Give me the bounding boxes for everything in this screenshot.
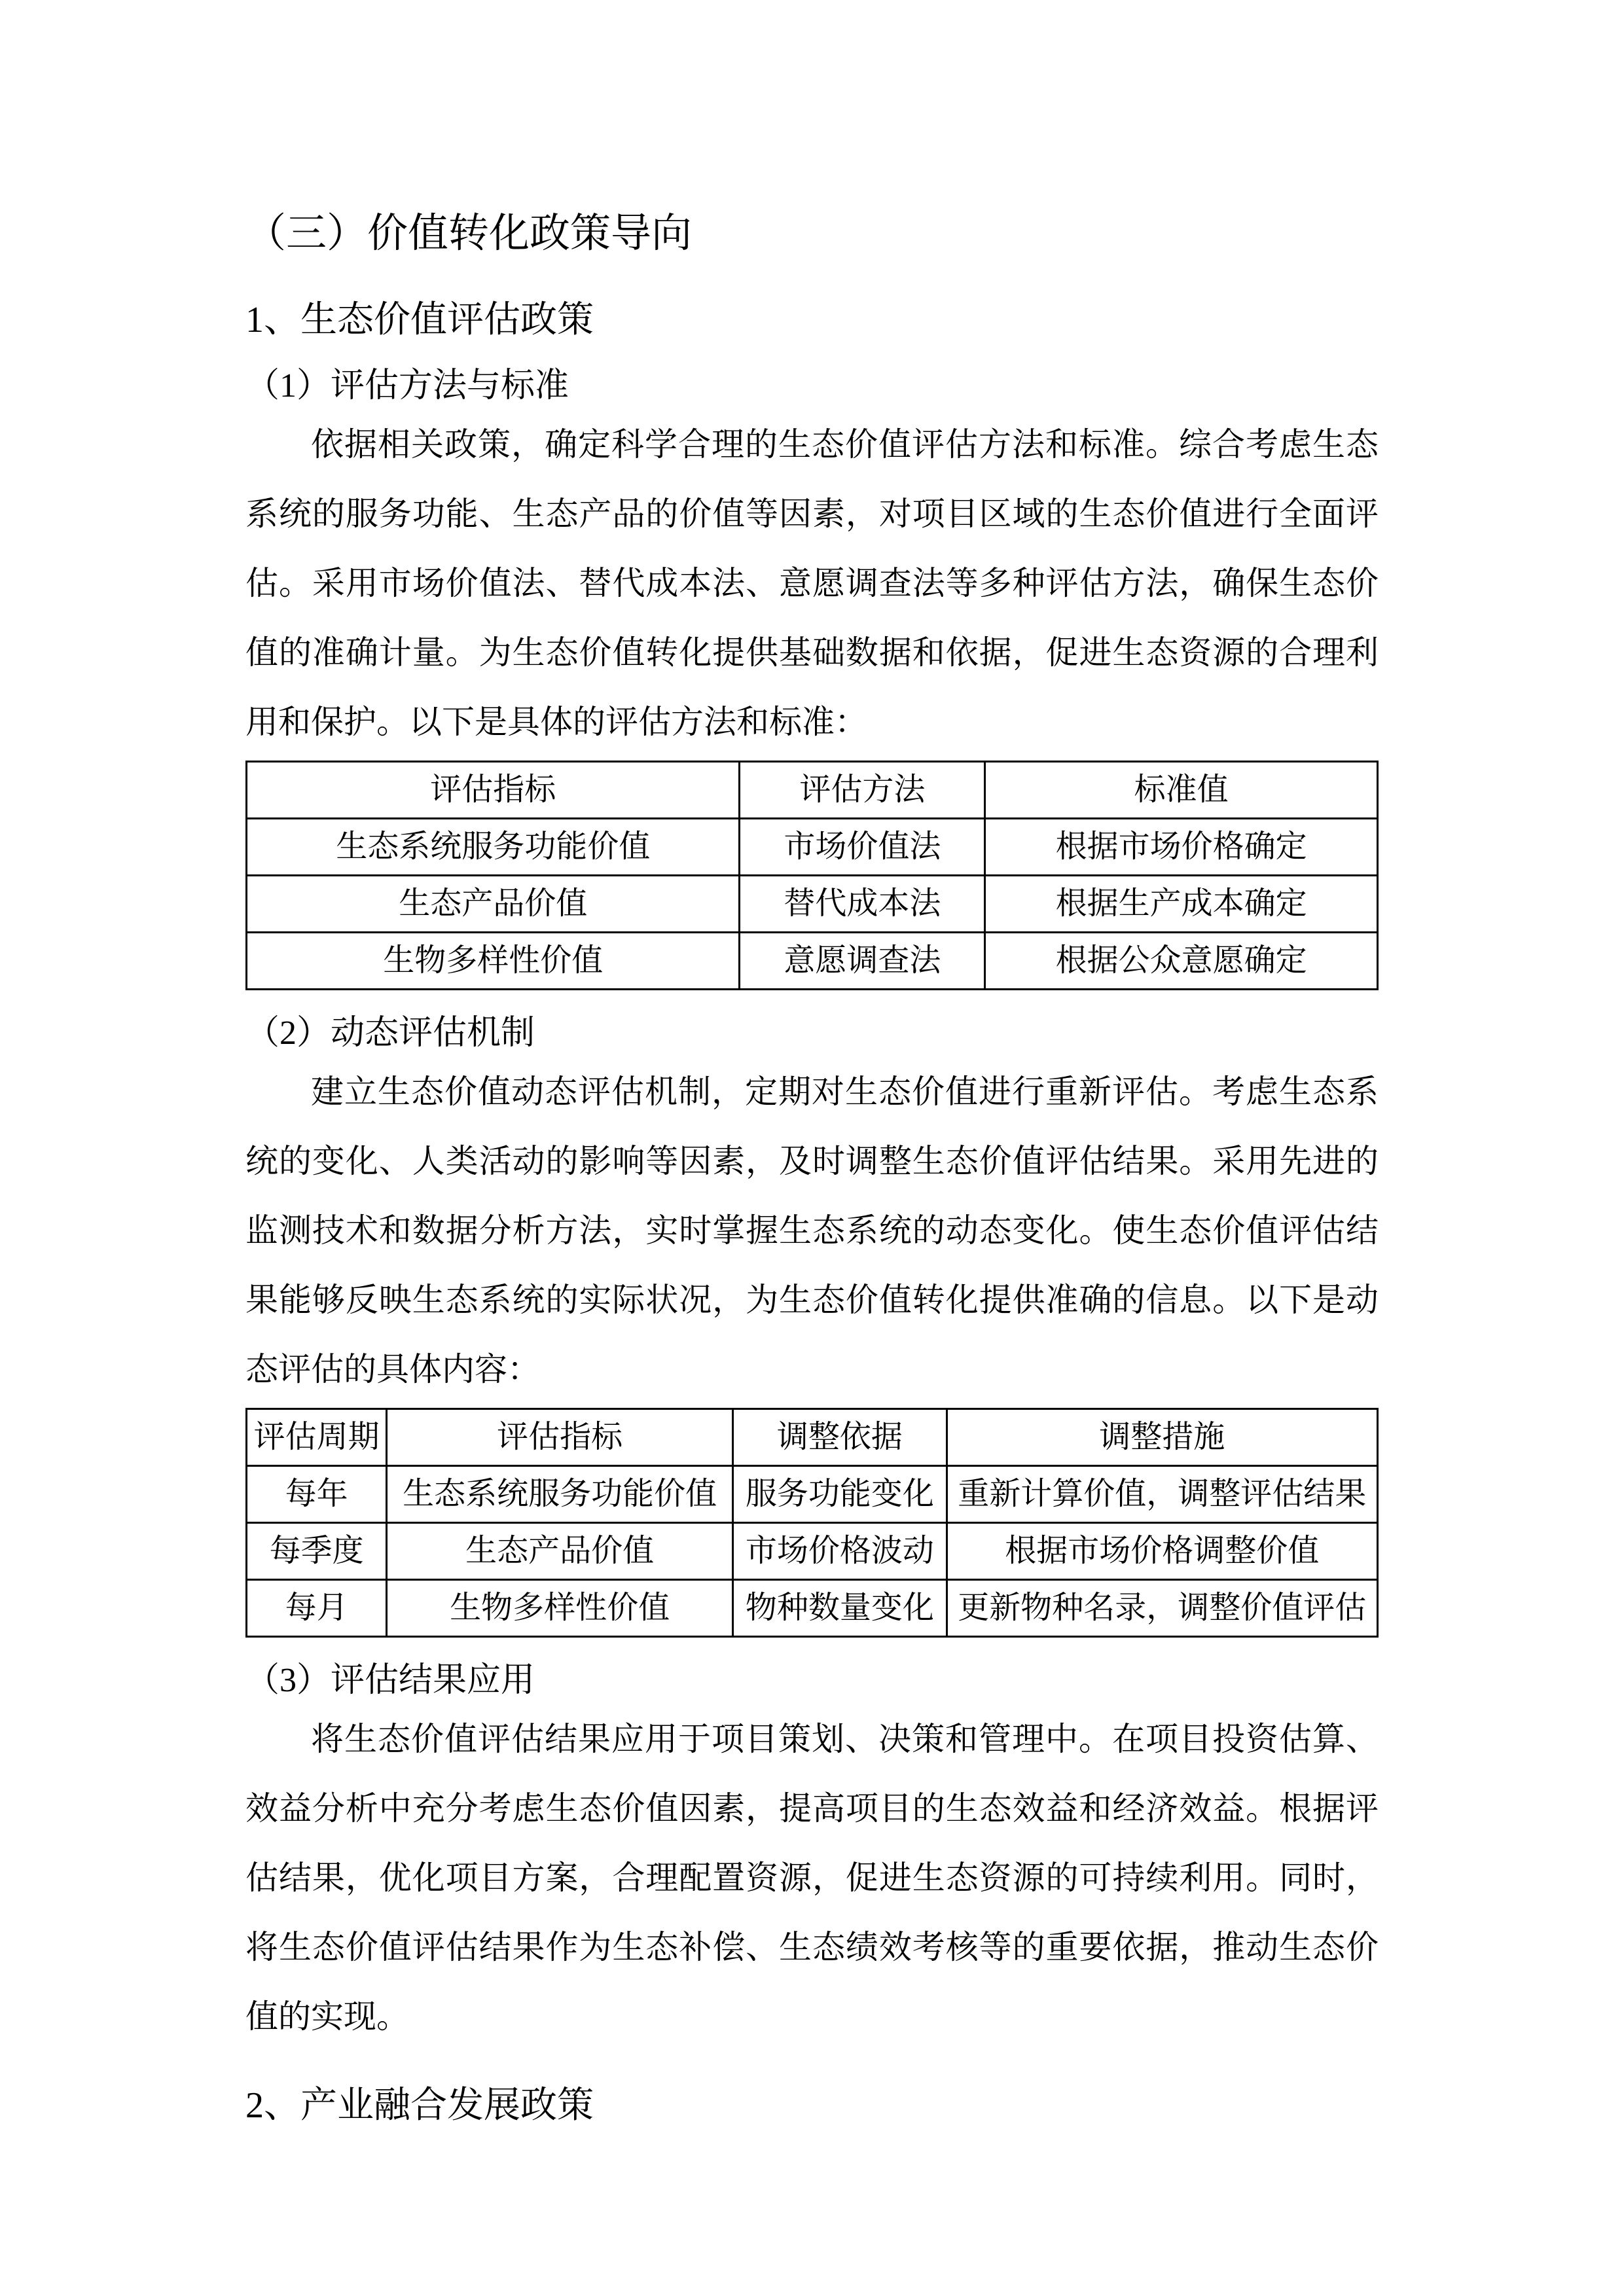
table-cell: 每月 [247, 1580, 387, 1637]
sub-1-heading: （1）评估方法与标准 [245, 365, 1379, 407]
column-header: 标准值 [985, 762, 1378, 819]
table-cell: 根据公众意愿确定 [985, 933, 1378, 990]
section-1-heading: 1、生态价值评估政策 [245, 297, 1379, 343]
table-cell: 市场价格波动 [733, 1523, 947, 1580]
document-title: （三）价值转化政策导向 [245, 209, 1379, 258]
table-cell: 物种数量变化 [733, 1580, 947, 1637]
paragraph-dynamic-eval: 建立生态价值动态评估机制，定期对生态价值进行重新评估。考虑生态系统的变化、人类活… [245, 1057, 1379, 1404]
table-cell: 根据生产成本确定 [985, 876, 1378, 933]
table-cell: 生态产品价值 [247, 876, 740, 933]
table-row: 生态系统服务功能价值 市场价值法 根据市场价格确定 [247, 819, 1378, 876]
column-header: 评估周期 [247, 1409, 387, 1466]
table-cell: 生态产品价值 [387, 1523, 733, 1580]
table-cell: 更新物种名录，调整价值评估 [947, 1580, 1377, 1637]
section-2-heading: 2、产业融合发展政策 [245, 2083, 1379, 2128]
table-cell: 根据市场价格调整价值 [947, 1523, 1377, 1580]
column-header: 评估方法 [740, 762, 985, 819]
table-cell: 每季度 [247, 1523, 387, 1580]
table-cell: 每年 [247, 1466, 387, 1523]
table-cell: 服务功能变化 [733, 1466, 947, 1523]
column-header: 评估指标 [247, 762, 740, 819]
table-row: 生态产品价值 替代成本法 根据生产成本确定 [247, 876, 1378, 933]
table-cell: 替代成本法 [740, 876, 985, 933]
table-cell: 生物多样性价值 [387, 1580, 733, 1637]
eval-methods-table: 评估指标 评估方法 标准值 生态系统服务功能价值 市场价值法 根据市场价格确定 … [245, 761, 1379, 990]
column-header: 调整依据 [733, 1409, 947, 1466]
table-header-row: 评估周期 评估指标 调整依据 调整措施 [247, 1409, 1378, 1466]
table-cell: 生物多样性价值 [247, 933, 740, 990]
table-cell: 重新计算价值，调整评估结果 [947, 1466, 1377, 1523]
column-header: 调整措施 [947, 1409, 1377, 1466]
dynamic-eval-table: 评估周期 评估指标 调整依据 调整措施 每年 生态系统服务功能价值 服务功能变化… [245, 1408, 1379, 1638]
table-row: 每年 生态系统服务功能价值 服务功能变化 重新计算价值，调整评估结果 [247, 1466, 1378, 1523]
paragraph-eval-methods: 依据相关政策，确定科学合理的生态价值评估方法和标准。综合考虑生态系统的服务功能、… [245, 410, 1379, 757]
column-header: 评估指标 [387, 1409, 733, 1466]
table-header-row: 评估指标 评估方法 标准值 [247, 762, 1378, 819]
table-cell: 生态系统服务功能价值 [247, 819, 740, 876]
document-page: （三）价值转化政策导向 1、生态价值评估政策 （1）评估方法与标准 依据相关政策… [0, 0, 1624, 2296]
table-row: 每季度 生态产品价值 市场价格波动 根据市场价格调整价值 [247, 1523, 1378, 1580]
table-row: 每月 生物多样性价值 物种数量变化 更新物种名录，调整价值评估 [247, 1580, 1378, 1637]
table-cell: 市场价值法 [740, 819, 985, 876]
sub-2-heading: （2）动态评估机制 [245, 1013, 1379, 1054]
sub-3-heading: （3）评估结果应用 [245, 1660, 1379, 1702]
table-row: 生物多样性价值 意愿调查法 根据公众意愿确定 [247, 933, 1378, 990]
table-cell: 生态系统服务功能价值 [387, 1466, 733, 1523]
table-cell: 根据市场价格确定 [985, 819, 1378, 876]
paragraph-result-application: 将生态价值评估结果应用于项目策划、决策和管理中。在项目投资估算、效益分析中充分考… [245, 1704, 1379, 2051]
table-cell: 意愿调查法 [740, 933, 985, 990]
